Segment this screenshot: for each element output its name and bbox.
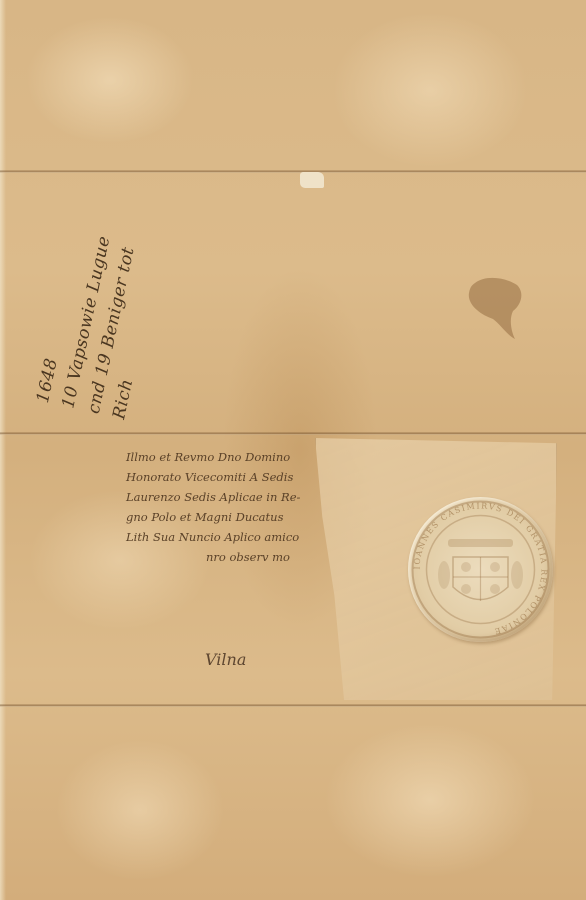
address-line: Laurenzo Sedis Aplicae in Re- — [126, 487, 326, 507]
paper-tear — [300, 172, 324, 188]
address-block: Illmo et Revmo Dno Domino Honorato Vicec… — [126, 447, 326, 567]
place-note: Vilna — [205, 650, 246, 669]
fold-line — [0, 170, 586, 173]
docket-note: 1648 10 Vapsowie Lugue cnd 19 Beniger to… — [30, 228, 168, 422]
water-stain — [465, 275, 525, 340]
letter-sheet: 1648 10 Vapsowie Lugue cnd 19 Beniger to… — [0, 0, 586, 900]
address-line: Illmo et Revmo Dno Domino — [126, 447, 326, 467]
address-line: gno Polo et Magni Ducatus — [126, 507, 326, 527]
fold-line — [0, 432, 586, 435]
fold-line — [0, 704, 586, 707]
paper-edge — [0, 0, 6, 900]
address-line: nro observ mo — [126, 547, 326, 567]
address-line: Lith Sua Nuncio Aplico amico — [126, 527, 326, 547]
seal-emblem-icon: IOANNES CASIMIRVS DEI GRATIA REX POLONIA… — [408, 497, 553, 642]
address-line: Honorato Vicecomiti A Sedis — [126, 467, 326, 487]
embossed-seal: IOANNES CASIMIRVS DEI GRATIA REX POLONIA… — [408, 497, 553, 642]
